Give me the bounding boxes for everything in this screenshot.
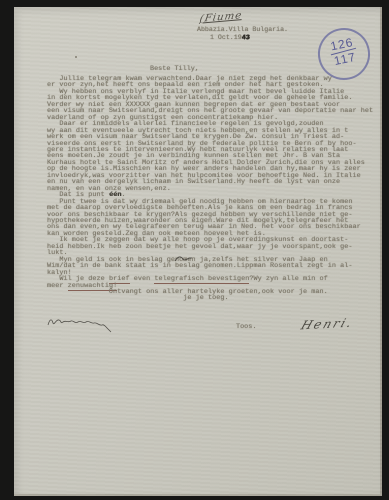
signature-typed: Toos. bbox=[236, 323, 256, 331]
signature-handwritten: Henri. bbox=[299, 316, 356, 333]
letter-page: (Fiume Abbazia.Villa Bulgaria. 1 Oct.194… bbox=[14, 7, 382, 496]
letter-line: je je toeg. bbox=[47, 295, 369, 301]
date-text: 1 Oct.19 bbox=[210, 34, 242, 41]
handwritten-place-annotation: (Fiume bbox=[199, 10, 243, 25]
date-line: 1 Oct.1943 bbox=[210, 34, 250, 41]
handwritten-margin-note bbox=[46, 313, 124, 340]
handwritten-insertion-mark bbox=[174, 250, 194, 268]
ink-speck bbox=[75, 56, 77, 58]
salutation: Beste Tilly, bbox=[150, 65, 199, 73]
letter-line: Wim/dat in de bank staat is in beslag ge… bbox=[47, 263, 369, 269]
address-line: Abbazia.Villa Bulgaria. bbox=[197, 26, 288, 33]
date-overstrike: 43 bbox=[242, 34, 250, 41]
hand-underlined-text: telegrafisch bevestigen bbox=[154, 275, 249, 284]
typed-text: ?Wy zyn alle min of bbox=[249, 275, 327, 283]
letter-body: Jullie telegram kwam verwachtend.Daar je… bbox=[47, 76, 369, 302]
letter-line: heid hebben.Ik heb zoon beetje het gevoe… bbox=[47, 244, 369, 250]
typed-text: even bbox=[130, 275, 155, 283]
